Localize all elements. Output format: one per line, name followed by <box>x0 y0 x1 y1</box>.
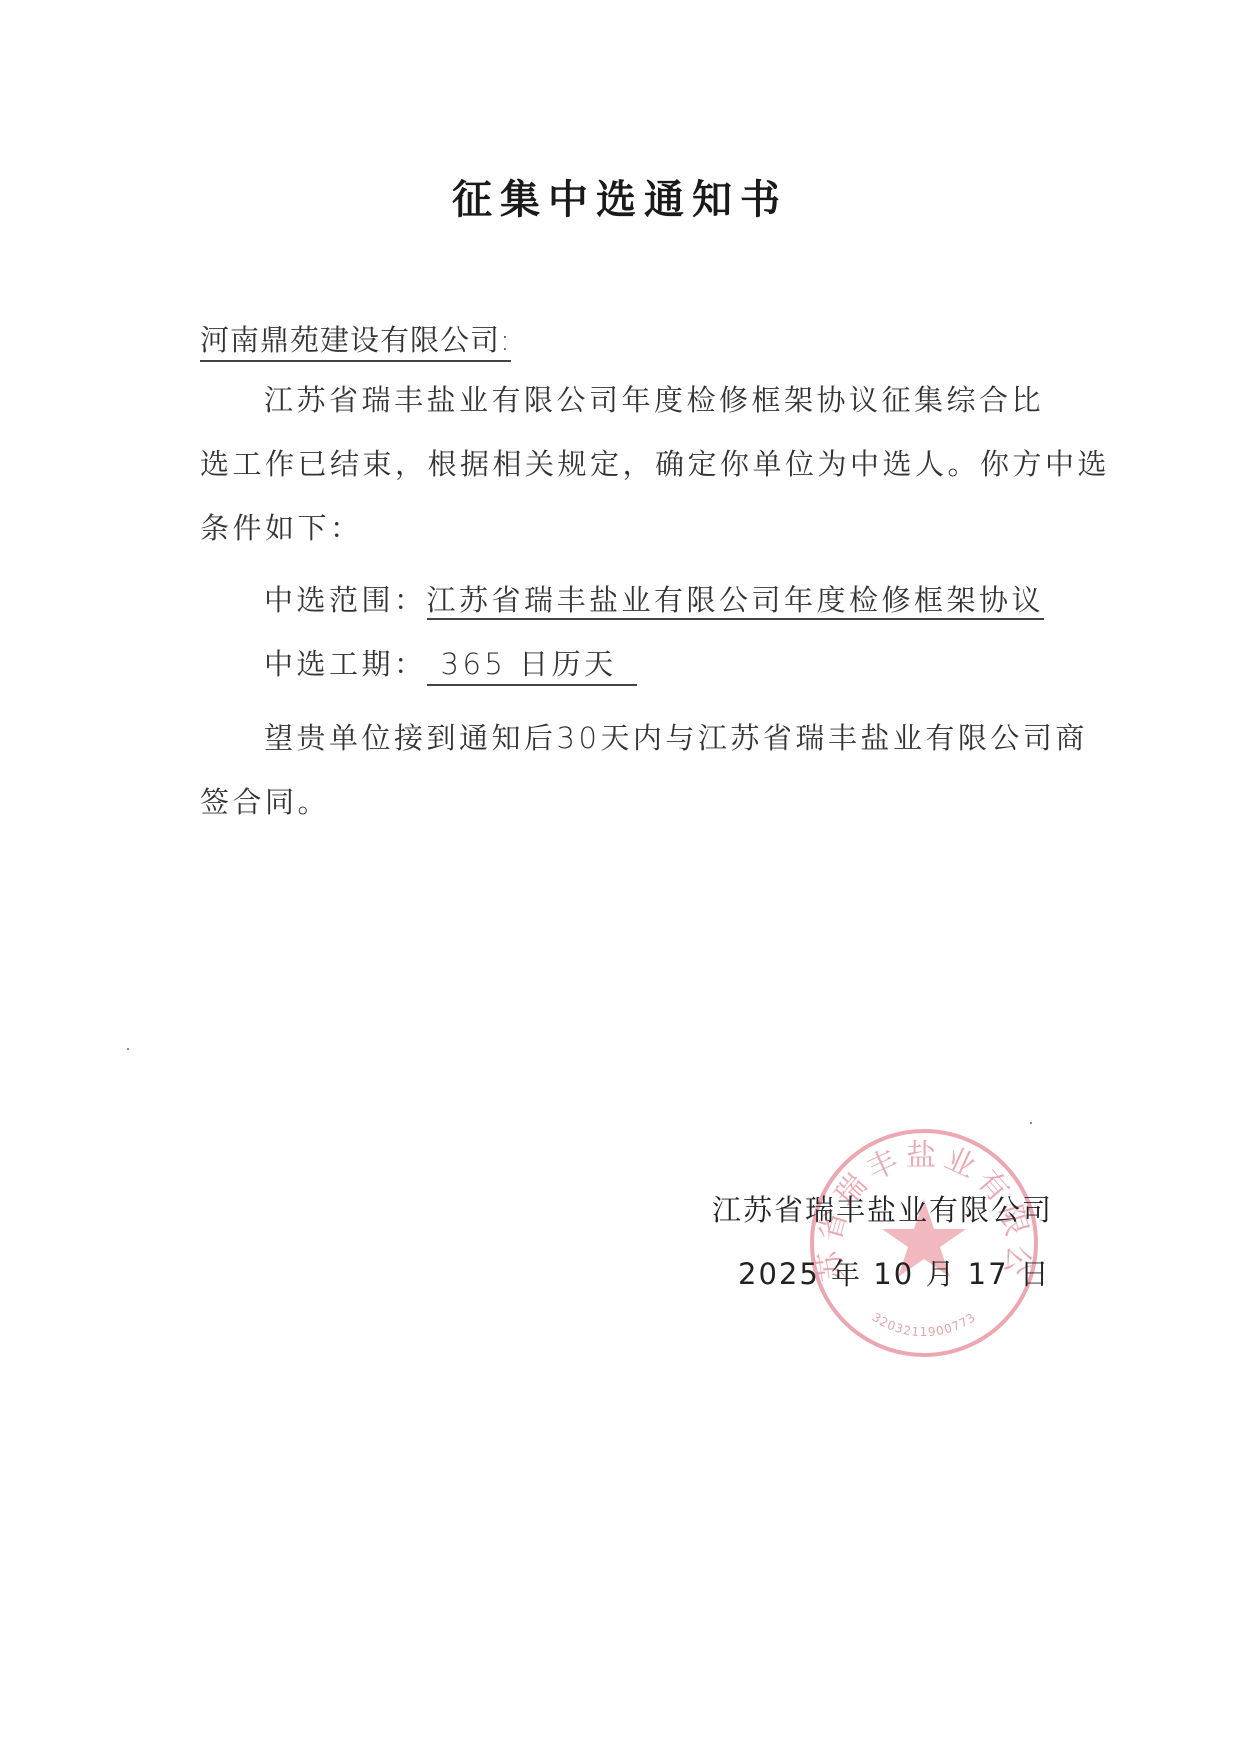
svg-text:3203211900773: 3203211900773 <box>870 1310 979 1339</box>
date-year-unit: 年 <box>831 1257 862 1291</box>
date-month: 10 <box>873 1257 914 1291</box>
paragraph-1-line-3: 条件如下： <box>200 506 363 547</box>
date-year: 2025 <box>738 1257 820 1291</box>
date-month-unit: 月 <box>925 1257 956 1291</box>
scan-speck <box>127 1048 129 1050</box>
paragraph-1-line-2: 选工作已结束，根据相关规定，确定你单位为中选人。你方中选 <box>200 442 1110 483</box>
date-day-unit: 日 <box>1020 1257 1051 1291</box>
signature-company: 江苏省瑞丰盐业有限公司 <box>712 1188 1053 1229</box>
page-title: 征集中选通知书 <box>0 168 1240 225</box>
company-seal-icon: 江苏省瑞丰盐业有限公司 3203211900773 <box>806 1125 1042 1361</box>
paragraph-2-line-2: 签合同。 <box>200 780 330 821</box>
date-day: 17 <box>968 1257 1009 1291</box>
scope-label: 中选范围： <box>264 583 427 617</box>
scan-speck <box>1030 1122 1032 1124</box>
seal-code: 3203211900773 <box>870 1310 979 1339</box>
scope-value: 江苏省瑞丰盐业有限公司年度检修框架协议 <box>427 583 1045 620</box>
signature-date: 2025 年 10 月 17 日 <box>738 1252 1051 1293</box>
scope-row: 中选范围：江苏省瑞丰盐业有限公司年度检修框架协议 <box>264 578 1044 619</box>
paragraph-1-line-1: 江苏省瑞丰盐业有限公司年度检修框架协议征集综合比 <box>264 378 1044 419</box>
period-row: 中选工期：365 日历天 <box>264 642 637 686</box>
addressee: 河南鼎苑建设有限公司: <box>200 318 511 362</box>
period-label: 中选工期： <box>264 647 427 681</box>
period-value: 365 日历天 <box>427 642 637 686</box>
paragraph-2-line-1: 望贵单位接到通知后30天内与江苏省瑞丰盐业有限公司商 <box>264 716 1088 757</box>
